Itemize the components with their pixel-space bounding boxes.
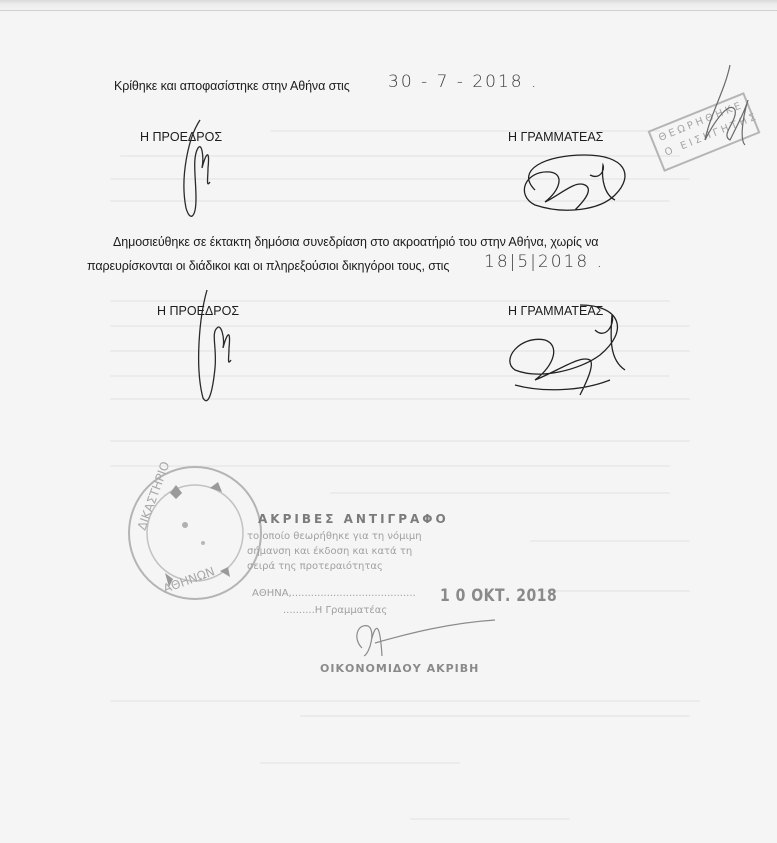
secretary-signature-2	[500, 300, 635, 400]
certified-copy-place: ΑΘΗΝΑ,..................................…	[252, 588, 416, 599]
secretary-label: Η ΓΡΑΜΜΑΤΕΑΣ	[508, 130, 603, 144]
publication-text-line2: παρευρίσκονται οι διάδικοι και οι πληρεξ…	[87, 259, 449, 273]
court-seal-stamp: ΔΙΚΑΣΤΗΡΙΟ ΑΘΗΝΩΝ	[125, 463, 265, 603]
bleed-through-line	[110, 440, 690, 442]
certified-copy-title: ΑΚΡΙΒΕΣ ΑΝΤΙΓΡΑΦΟ	[258, 512, 449, 526]
certified-copy-line3: σειρά της προτεραιότητας	[247, 561, 383, 572]
page-top-edge	[0, 0, 777, 11]
bleed-through-line	[260, 762, 460, 764]
certified-copy-date: 1 0 ΟΚΤ. 2018	[440, 586, 557, 605]
certified-copy-role: ..........Η Γραμματέας	[283, 605, 387, 616]
publication-date-handwritten: 18|5|2018 .	[484, 252, 604, 272]
clerk-signature	[350, 618, 500, 663]
bleed-through-line	[530, 540, 690, 542]
certified-copy-line1: το οποίο θεωρήθηκε για τη νόμιμη	[247, 531, 422, 542]
president-signature-2	[195, 288, 235, 408]
scanned-document-page: Κρίθηκε και αποφασίστηκε στην Αθήνα στις…	[0, 0, 777, 843]
decision-date-handwritten: 30 - 7 - 2018 .	[388, 72, 538, 92]
secretary-signature-1	[505, 150, 635, 215]
svg-text:ΑΘΗΝΩΝ: ΑΘΗΝΩΝ	[161, 564, 216, 596]
clerk-name: ΟΙΚΟΝΟΜΙΔΟΥ ΑΚΡΙΒΗ	[320, 662, 479, 675]
bleed-through-line	[410, 818, 570, 820]
bleed-through-line	[330, 492, 670, 494]
president-signature-1	[178, 118, 218, 223]
bleed-through-line	[300, 715, 690, 717]
corner-initials-signature	[690, 60, 760, 160]
certified-copy-line2: σήμανση και έκδοση και κατά τη	[247, 546, 412, 557]
decision-text: Κρίθηκε και αποφασίστηκε στην Αθήνα στις	[114, 79, 350, 93]
publication-text-line1: Δημοσιεύθηκε σε έκτακτη δημόσια συνεδρία…	[113, 235, 598, 249]
bleed-through-line	[110, 700, 700, 702]
